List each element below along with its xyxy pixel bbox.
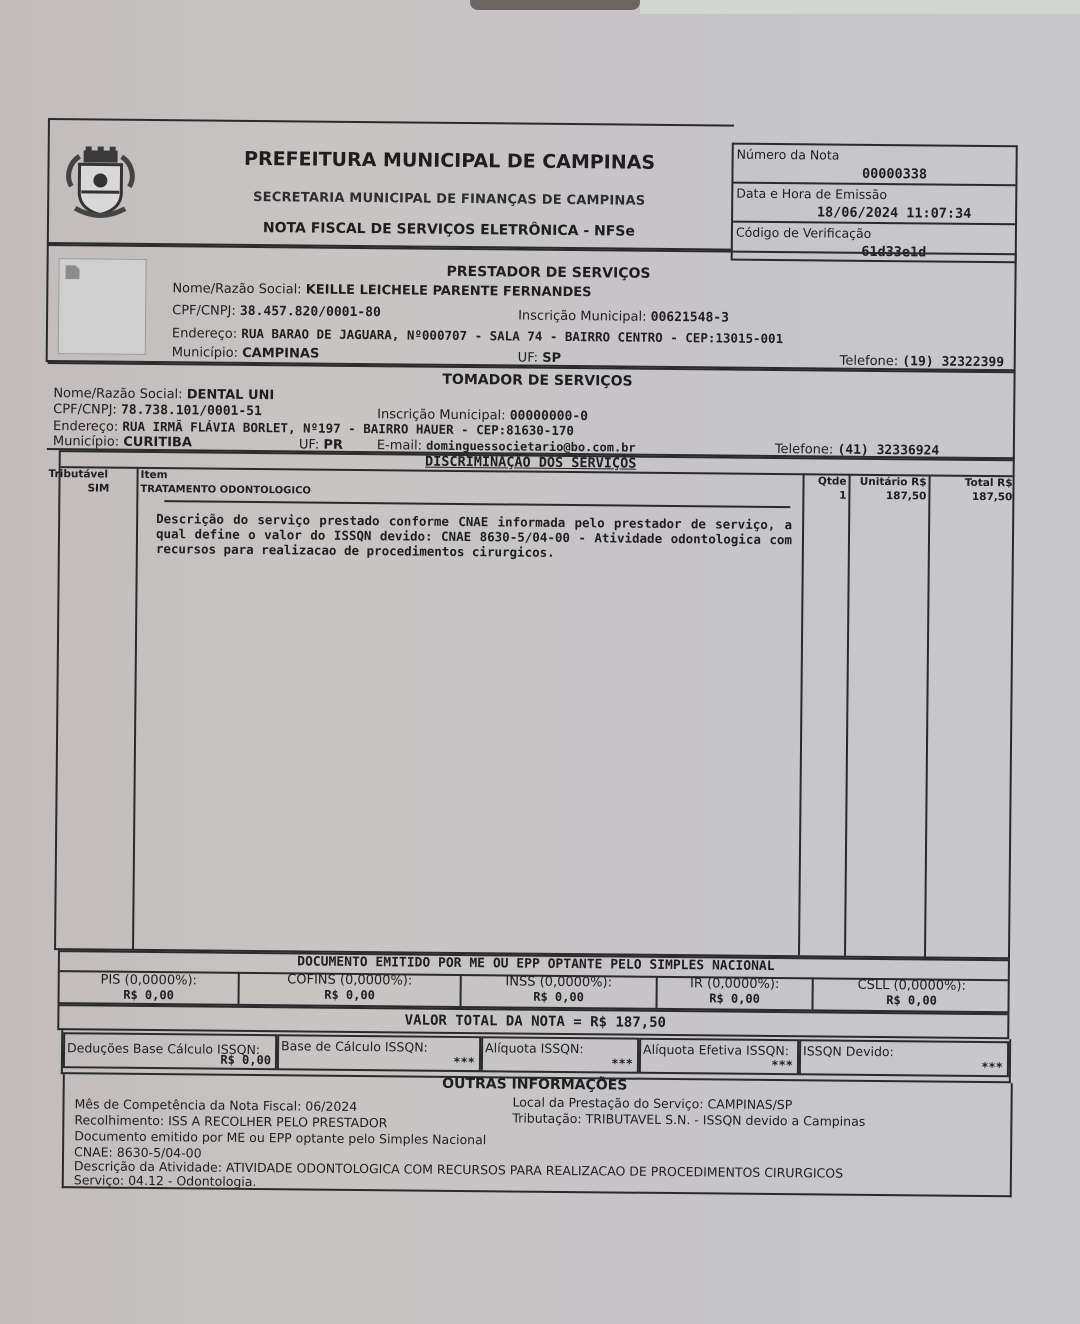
prestador-logo-placeholder (58, 258, 147, 355)
issqn-aliquota-efetiva: Alíquota Efetiva ISSQN: *** (639, 1038, 799, 1076)
numero-nota-label: Número da Nota (737, 147, 840, 163)
page-title: PREFEITURA MUNICIPAL DE CAMPINAS (230, 148, 670, 174)
info-competencia: Mês de Competência da Nota Fiscal: 06/20… (74, 1096, 357, 1114)
outras-title: OUTRAS INFORMAÇÕES (405, 1075, 665, 1093)
tomador-municipio: Município: CURITIBA (53, 434, 192, 450)
prestador-uf: UF: SP (518, 351, 562, 366)
background-object (470, 0, 640, 10)
meta-box: Número da Nota 00000338 Data e Hora de E… (731, 143, 1018, 264)
prestador-municipio: Município: CAMPINAS (172, 345, 320, 361)
prestador-telefone: Telefone: (19) 32322399 (840, 354, 1005, 371)
prestador-section: PRESTADOR DE SERVIÇOS Nome/Razão Social:… (46, 244, 1017, 371)
discriminacao-section: DISCRIMINAÇÃO DOS SERVIÇOS Tributável It… (54, 450, 1015, 959)
tomador-uf: UF: PR (299, 437, 343, 452)
prestador-inscricao: Inscrição Municipal: 00621548-3 (518, 309, 729, 326)
page-subtitle: SECRETARIA MUNICIPAL DE FINANÇAS DE CAMP… (229, 190, 669, 209)
broken-image-icon (65, 265, 79, 279)
background-wall (640, 0, 1080, 14)
info-local-prestacao: Local da Prestação do Serviço: CAMPINAS/… (513, 1095, 793, 1113)
prestador-nome: Nome/Razão Social: KEILLE LEICHELE PAREN… (172, 281, 591, 300)
data-emissao-value: 18/06/2024 11:07:34 (733, 204, 1015, 223)
valor-total: VALOR TOTAL DA NOTA = R$ 187,50 (59, 1009, 1011, 1034)
issqn-deducoes: Deduções Base Cálculo ISSQN: R$ 0,00 (63, 1032, 277, 1070)
row-qtde: 1 (800, 489, 846, 501)
info-recolhimento: Recolhimento: ISS A RECOLHER PELO PRESTA… (74, 1112, 387, 1130)
tomador-title: TOMADOR DE SERVIÇOS (367, 371, 707, 390)
header-box: PREFEITURA MUNICIPAL DE CAMPINAS SECRETA… (47, 118, 734, 251)
service-description: Descrição do serviço prestado conforme C… (156, 511, 792, 562)
prestador-endereco: Endereço: RUA BARAO DE JAGUARA, Nº000707… (172, 325, 783, 347)
issqn-base-calculo: Base de Cálculo ISSQN: *** (277, 1034, 481, 1072)
row-total: 187,50 (930, 490, 1012, 503)
col-total: Total R$ (930, 476, 1012, 489)
outras-informacoes-section: OUTRAS INFORMAÇÕES Mês de Competência da… (62, 1074, 1013, 1197)
issqn-aliquota: Alíquota ISSQN: *** (481, 1036, 639, 1074)
row-item: TRATAMENTO ODONTOLOGICO (140, 484, 311, 497)
prestador-title: PRESTADOR DE SERVIÇOS (378, 263, 718, 282)
data-emissao-label: Data e Hora de Emissão (736, 186, 887, 202)
col-unitario: Unitário R$ (850, 476, 926, 489)
numero-nota-value: 00000338 (733, 165, 1015, 184)
row-unitario: 187,50 (850, 490, 926, 503)
info-servico: Serviço: 04.12 - Odontologia. (74, 1172, 257, 1189)
document-type: NOTA FISCAL DE SERVIÇOS ELETRÔNICA - NFS… (229, 220, 669, 240)
municipal-crest-icon (61, 146, 140, 223)
issqn-devido: ISSQN Devido: *** (799, 1039, 1009, 1077)
tomador-nome: Nome/Razão Social: DENTAL UNI (53, 386, 274, 403)
tomador-cpf: CPF/CNPJ: 78.738.101/0001-51 (53, 402, 262, 419)
data-emissao: Data e Hora de Emissão 18/06/2024 11:07:… (733, 184, 1015, 226)
numero-nota: Número da Nota 00000338 (733, 145, 1015, 187)
tomador-section: TOMADOR DE SERVIÇOS Nome/Razão Social: D… (47, 362, 1016, 459)
tomador-telefone: Telefone: (41) 32336924 (775, 442, 940, 459)
simples-nacional-section: DOCUMENTO EMITIDO POR ME OU EPP OPTANTE … (57, 950, 1009, 1013)
col-item: Item (141, 469, 168, 481)
prestador-cpf: CPF/CNPJ: 38.457.820/0001-80 (172, 303, 381, 320)
codigo-verificacao-label: Código de Verificação (736, 225, 872, 241)
info-tributacao: Tributação: TRIBUTAVEL S.N. - ISSQN devi… (512, 1111, 865, 1129)
col-tributavel: Tributável (49, 468, 109, 481)
nfse-document: PREFEITURA MUNICIPAL DE CAMPINAS SECRETA… (38, 118, 1020, 1197)
row-tributavel: SIM (60, 482, 136, 495)
col-qtde: Qtde (800, 475, 846, 487)
